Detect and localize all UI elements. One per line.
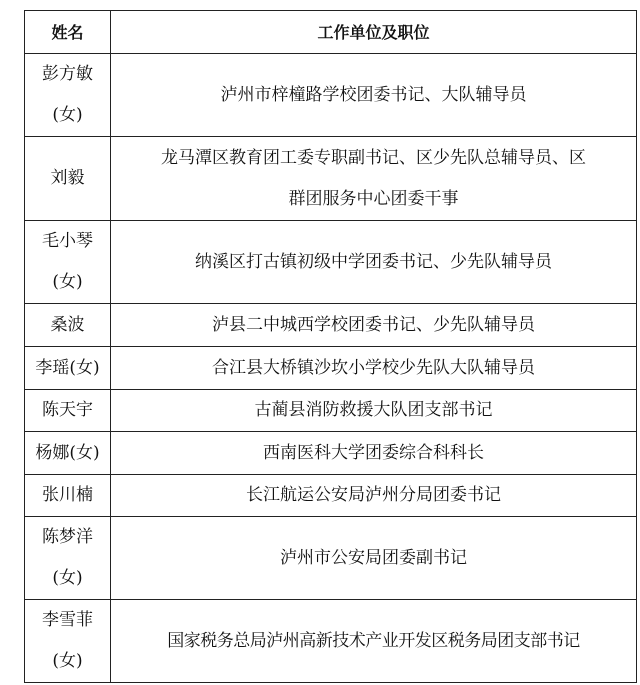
name-cell: 陈天宇 bbox=[25, 390, 111, 432]
table-row: 毛小琴(女)纳溪区打古镇初级中学团委书记、少先队辅导员 bbox=[25, 221, 637, 304]
table-row: 张川楠长江航运公安局泸州分局团委书记 bbox=[25, 475, 637, 517]
name-cell: 李瑶(女) bbox=[25, 347, 111, 390]
table-row: 桑波泸县二中城西学校团委书记、少先队辅导员 bbox=[25, 304, 637, 347]
position-text: 泸州市梓橦路学校团委书记、大队辅导员 bbox=[115, 75, 632, 116]
position-text: 纳溪区打古镇初级中学团委书记、少先队辅导员 bbox=[115, 242, 632, 283]
name-cell: 李雪菲(女) bbox=[25, 600, 111, 683]
name-text: 陈梦洋 bbox=[29, 517, 106, 558]
position-text: 泸县二中城西学校团委书记、少先队辅导员 bbox=[115, 305, 632, 346]
position-cell: 西南医科大学团委综合科科长 bbox=[111, 432, 637, 475]
position-text: 古蔺县消防救援大队团支部书记 bbox=[115, 390, 632, 431]
position-cell: 泸县二中城西学校团委书记、少先队辅导员 bbox=[111, 304, 637, 347]
name-cell: 张川楠 bbox=[25, 475, 111, 517]
position-text: 合江县大桥镇沙坎小学校少先队大队辅导员 bbox=[115, 348, 632, 389]
name-cell: 彭方敏(女) bbox=[25, 54, 111, 137]
name-text: (女) bbox=[29, 641, 106, 682]
table-row: 李雪菲(女)国家税务总局泸州高新技术产业开发区税务局团支部书记 bbox=[25, 600, 637, 683]
position-text: 西南医科大学团委综合科科长 bbox=[115, 433, 632, 474]
position-cell: 纳溪区打古镇初级中学团委书记、少先队辅导员 bbox=[111, 221, 637, 304]
name-cell: 陈梦洋(女) bbox=[25, 517, 111, 600]
position-cell: 龙马潭区教育团工委专职副书记、区少先队总辅导员、区群团服务中心团委干事 bbox=[111, 137, 637, 221]
position-text: 长江航运公安局泸州分局团委书记 bbox=[115, 475, 632, 516]
name-cell: 刘毅 bbox=[25, 137, 111, 221]
header-name: 姓名 bbox=[25, 11, 111, 54]
roster-table: 姓名 工作单位及职位 彭方敏(女)泸州市梓橦路学校团委书记、大队辅导员刘毅龙马潭… bbox=[24, 10, 637, 683]
name-text: (女) bbox=[29, 558, 106, 599]
position-text: 国家税务总局泸州高新技术产业开发区税务局团支部书记 bbox=[115, 621, 632, 662]
name-cell: 桑波 bbox=[25, 304, 111, 347]
name-text: 李雪菲 bbox=[29, 600, 106, 641]
name-text: 彭方敏 bbox=[29, 54, 106, 95]
name-text: 刘毅 bbox=[29, 158, 106, 199]
name-cell: 毛小琴(女) bbox=[25, 221, 111, 304]
name-text: 毛小琴 bbox=[29, 221, 106, 262]
position-text: 泸州市公安局团委副书记 bbox=[115, 538, 632, 579]
table-row: 彭方敏(女)泸州市梓橦路学校团委书记、大队辅导员 bbox=[25, 54, 637, 137]
name-text: 陈天宇 bbox=[29, 390, 106, 431]
name-text: (女) bbox=[29, 95, 106, 136]
position-text: 群团服务中心团委干事 bbox=[115, 179, 632, 220]
position-cell: 古蔺县消防救援大队团支部书记 bbox=[111, 390, 637, 432]
table-row: 陈梦洋(女)泸州市公安局团委副书记 bbox=[25, 517, 637, 600]
position-cell: 泸州市公安局团委副书记 bbox=[111, 517, 637, 600]
table-row: 刘毅龙马潭区教育团工委专职副书记、区少先队总辅导员、区群团服务中心团委干事 bbox=[25, 137, 637, 221]
table-row: 陈天宇古蔺县消防救援大队团支部书记 bbox=[25, 390, 637, 432]
position-cell: 国家税务总局泸州高新技术产业开发区税务局团支部书记 bbox=[111, 600, 637, 683]
header-position: 工作单位及职位 bbox=[111, 11, 637, 54]
name-text: 张川楠 bbox=[29, 475, 106, 516]
position-cell: 长江航运公安局泸州分局团委书记 bbox=[111, 475, 637, 517]
position-text: 龙马潭区教育团工委专职副书记、区少先队总辅导员、区 bbox=[115, 138, 632, 179]
name-text: 李瑶(女) bbox=[29, 348, 106, 389]
name-text: 杨娜(女) bbox=[29, 433, 106, 474]
table-row: 李瑶(女)合江县大桥镇沙坎小学校少先队大队辅导员 bbox=[25, 347, 637, 390]
name-text: (女) bbox=[29, 262, 106, 303]
position-cell: 合江县大桥镇沙坎小学校少先队大队辅导员 bbox=[111, 347, 637, 390]
position-cell: 泸州市梓橦路学校团委书记、大队辅导员 bbox=[111, 54, 637, 137]
header-row: 姓名 工作单位及职位 bbox=[25, 11, 637, 54]
name-text: 桑波 bbox=[29, 305, 106, 346]
name-cell: 杨娜(女) bbox=[25, 432, 111, 475]
table-row: 杨娜(女)西南医科大学团委综合科科长 bbox=[25, 432, 637, 475]
